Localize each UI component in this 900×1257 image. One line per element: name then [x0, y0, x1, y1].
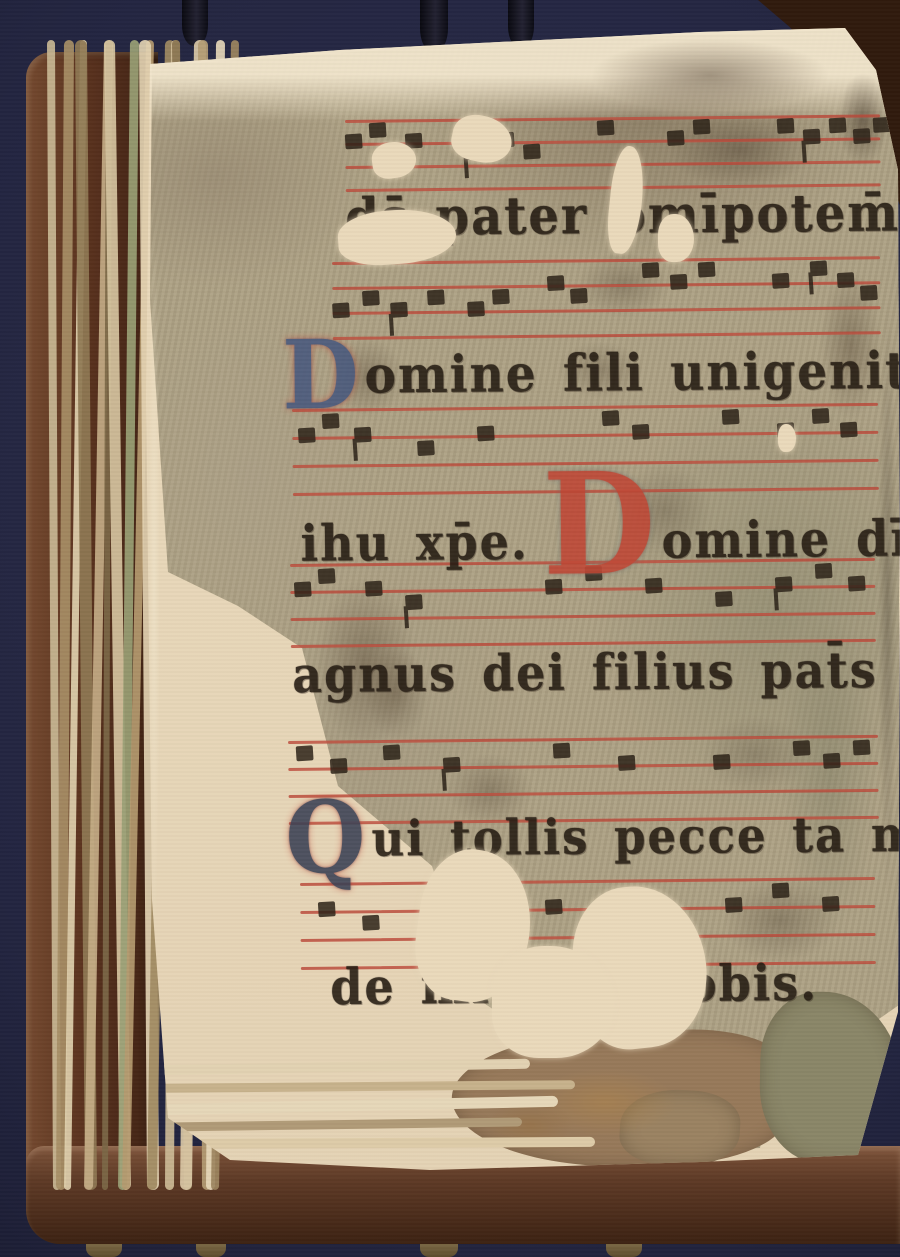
neume	[330, 758, 348, 774]
neume	[362, 915, 380, 931]
neume	[777, 117, 795, 133]
decorated-initial: D	[282, 335, 361, 414]
staff-line	[345, 160, 880, 168]
chant-line: Domine fili unigenite	[282, 330, 900, 414]
neume	[860, 284, 878, 300]
parchment-remnant	[618, 1087, 742, 1168]
neume	[693, 118, 711, 134]
neume	[642, 262, 660, 278]
neume	[715, 590, 733, 606]
page-corner-edge	[162, 1117, 522, 1131]
neume	[822, 896, 840, 912]
neume	[829, 117, 847, 133]
neume	[547, 275, 565, 291]
neume	[812, 408, 830, 424]
neume	[332, 302, 350, 318]
neume-stem	[808, 272, 813, 294]
manuscript-photo: ds̄ pater omīpotem̄Domine fili unigenite…	[0, 0, 900, 1257]
damage-patch	[492, 946, 614, 1058]
neume-stem	[389, 314, 394, 336]
neume-stem	[773, 588, 778, 610]
chant-line: Qui tollis pecce ta mun	[285, 792, 900, 880]
neume	[772, 882, 790, 898]
neume	[597, 119, 615, 135]
neume	[443, 757, 461, 773]
staff-line	[288, 762, 878, 771]
neume	[803, 129, 821, 145]
neume	[296, 745, 314, 761]
neume	[545, 899, 563, 915]
neume	[772, 273, 790, 289]
staff-line	[345, 137, 880, 145]
neume-stem	[801, 141, 806, 163]
neume	[390, 302, 408, 318]
neume-stem	[404, 606, 409, 628]
staff-line	[291, 612, 876, 621]
neume	[369, 122, 387, 138]
neume	[670, 274, 688, 290]
neume	[632, 424, 650, 440]
neume	[345, 133, 363, 149]
neume	[417, 440, 435, 456]
neume	[318, 901, 336, 917]
neume	[477, 425, 495, 441]
chant-line-text: agnus dei filius pat̄s	[292, 645, 878, 700]
neume	[667, 130, 685, 146]
neume	[722, 409, 740, 425]
neume	[810, 260, 828, 276]
chant-line-text: omine fili unigenite	[364, 345, 900, 401]
neume	[793, 740, 811, 756]
staff-line	[333, 306, 881, 314]
neume	[602, 410, 620, 426]
staff-line	[332, 281, 880, 289]
damage-patch	[778, 424, 796, 452]
neume	[853, 128, 871, 144]
neume-stem	[441, 769, 446, 791]
neume	[853, 739, 871, 755]
neume-stem	[353, 439, 358, 461]
neume	[840, 422, 858, 438]
neume	[467, 301, 485, 317]
neume	[618, 755, 636, 771]
neume	[553, 742, 571, 758]
damage-patch	[658, 214, 694, 262]
chant-line-text: omine dī	[661, 513, 900, 565]
neume	[362, 290, 380, 306]
neume	[823, 753, 841, 769]
stand-peg	[182, 0, 208, 46]
decorated-initial: D	[542, 467, 658, 583]
chant-line: ihu xp̄e.Domine dī	[300, 465, 900, 585]
neume	[492, 288, 510, 304]
neume	[570, 287, 588, 303]
neume	[405, 594, 423, 610]
neume	[383, 744, 401, 760]
decorated-initial: Q	[285, 797, 368, 879]
chant-line: agnus dei filius pat̄s	[292, 645, 878, 700]
stand-peg	[420, 0, 448, 52]
staff	[332, 256, 881, 341]
neume	[523, 143, 541, 159]
chant-line-pre: ihu xp̄e.	[300, 517, 529, 569]
neume	[713, 754, 731, 770]
neume	[427, 289, 445, 305]
neume	[725, 897, 743, 913]
neume	[698, 261, 716, 277]
neume	[837, 272, 855, 288]
